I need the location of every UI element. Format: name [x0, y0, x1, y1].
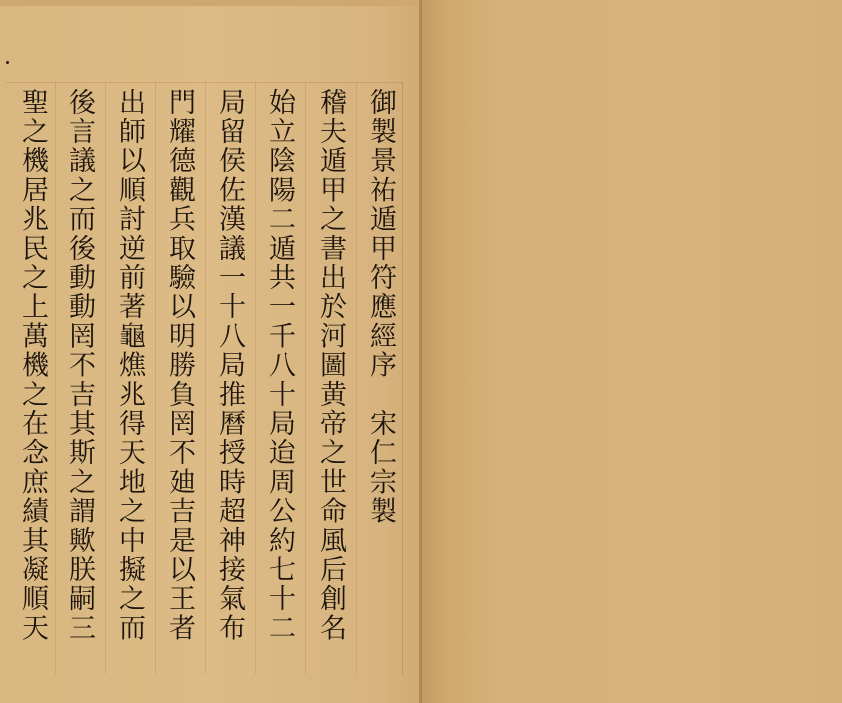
- column-rule: [356, 82, 357, 674]
- book-spread: 御製景祐遁甲符應經序 宋仁宗製 稽夫遁甲之書出於河圖黄帝之世命風后創名 始立陰陽…: [0, 0, 842, 703]
- text-column: 始立陰陽二遁共一千八十局迨周公約七十二: [259, 88, 299, 678]
- right-page: [422, 0, 842, 703]
- text-column: 出師以順討逆前著龜燋兆得天地之中擬之而: [109, 88, 149, 678]
- column-rule: [305, 82, 306, 674]
- page-top-edge: [0, 0, 420, 6]
- column-rule: [55, 82, 56, 674]
- text-column: 門耀德觀兵取驗以明勝負罔不廸吉是以王者: [159, 88, 199, 678]
- text-column-title: 御製景祐遁甲符應經序 宋仁宗製: [360, 88, 400, 678]
- text-column: 稽夫遁甲之書出於河圖黄帝之世命風后創名: [310, 88, 350, 678]
- column-rule: [205, 82, 206, 674]
- column-rule: [105, 82, 106, 674]
- text-column: 後言議之而後動動罔不吉其斯之謂歟朕嗣三: [59, 88, 99, 678]
- ink-speck: [6, 61, 9, 64]
- left-page: 御製景祐遁甲符應經序 宋仁宗製 稽夫遁甲之書出於河圖黄帝之世命風后創名 始立陰陽…: [0, 0, 420, 703]
- column-rule: [255, 82, 256, 674]
- ink-speck: [84, 390, 86, 392]
- text-column: 聖之機居兆民之上萬機之在念庶績其凝順天: [12, 88, 52, 678]
- text-column: 局留侯佐漢議一十八局推曆授時超神接氣布: [209, 88, 249, 678]
- column-rule: [155, 82, 156, 674]
